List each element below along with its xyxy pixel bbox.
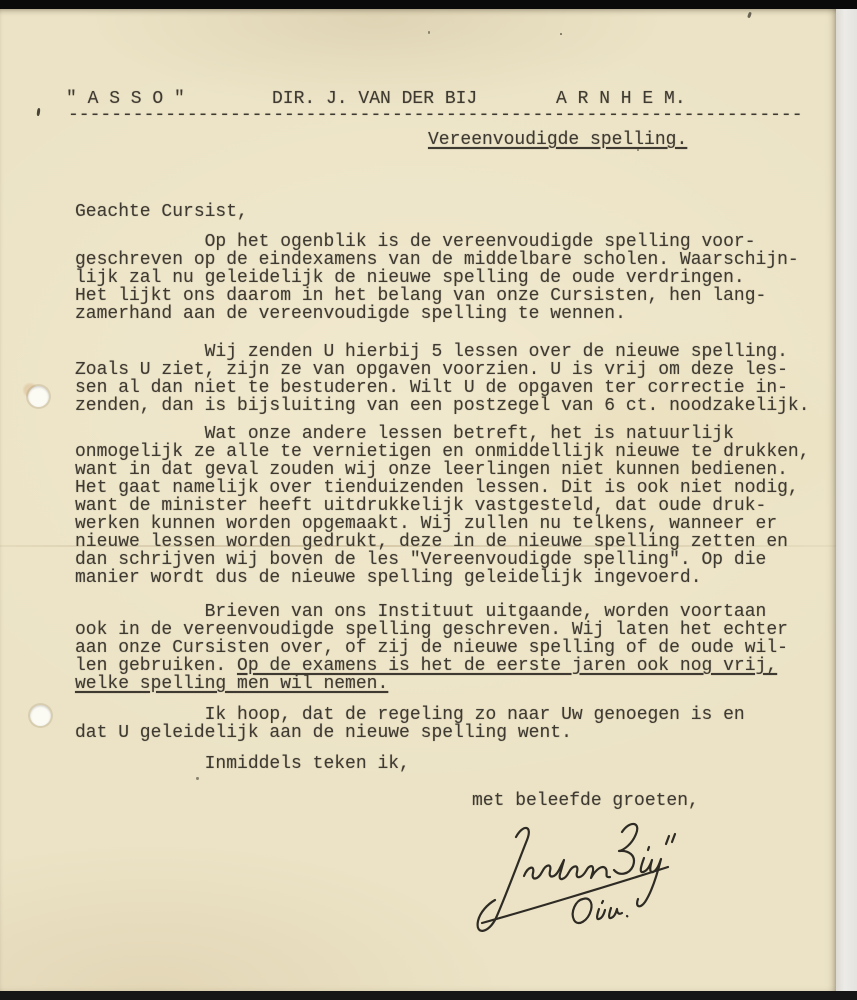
ink-speck	[560, 33, 562, 35]
signature-j-stroke	[478, 828, 529, 931]
signature-title-d	[573, 899, 592, 923]
scan-right-backing	[836, 9, 857, 991]
signature-i-dot	[648, 847, 649, 850]
paragraph-2: Wij zenden U hierbij 5 lessen over de ni…	[75, 343, 810, 415]
signature-drawing	[462, 815, 692, 940]
paragraph-1: Op het ogenblik is de vereenvoudigde spe…	[75, 233, 799, 323]
signature-title-i	[597, 909, 605, 919]
signature-flourish	[482, 867, 668, 923]
signature-b-stroke	[614, 824, 637, 874]
signature-ij-stroke	[637, 858, 661, 906]
paragraph-3: Wat onze andere lessen betreft, het is n…	[75, 425, 810, 587]
scanned-letter-page: " A S S O " DIR. J. VAN DER BIJ A R N H …	[0, 0, 857, 1000]
signature-apostrophe	[672, 834, 675, 842]
letter-paper: " A S S O " DIR. J. VAN DER BIJ A R N H …	[0, 9, 836, 991]
ink-speck	[428, 31, 430, 34]
punch-hole-top	[28, 386, 49, 407]
signature-title-r	[609, 908, 622, 918]
signature-apostrophe	[666, 836, 669, 844]
paragraph-5: Ik hoop, dat de regeling zo naar Uw geno…	[75, 706, 745, 742]
handwritten-signature	[462, 815, 692, 940]
ink-speck	[196, 777, 199, 780]
signature-title-i-dot	[602, 901, 603, 903]
paragraph-4: Brieven van ons Instituut uitgaande, wor…	[75, 603, 788, 693]
signature-vander-stroke	[524, 860, 610, 879]
scan-top-edge	[0, 0, 857, 9]
scan-bottom-edge	[0, 991, 857, 1000]
closing-greeting: met beleefde groeten,	[472, 792, 699, 810]
punch-hole-bottom	[30, 705, 51, 726]
salutation: Geachte Cursist,	[75, 203, 248, 221]
letterhead-divider: ----------------------------------------…	[68, 106, 803, 124]
ink-speck	[747, 12, 752, 19]
ink-speck	[36, 108, 40, 116]
subject-line: Vereenvoudigde spelling.	[428, 131, 687, 149]
closing-intro: Inmiddels teken ik,	[75, 755, 410, 773]
